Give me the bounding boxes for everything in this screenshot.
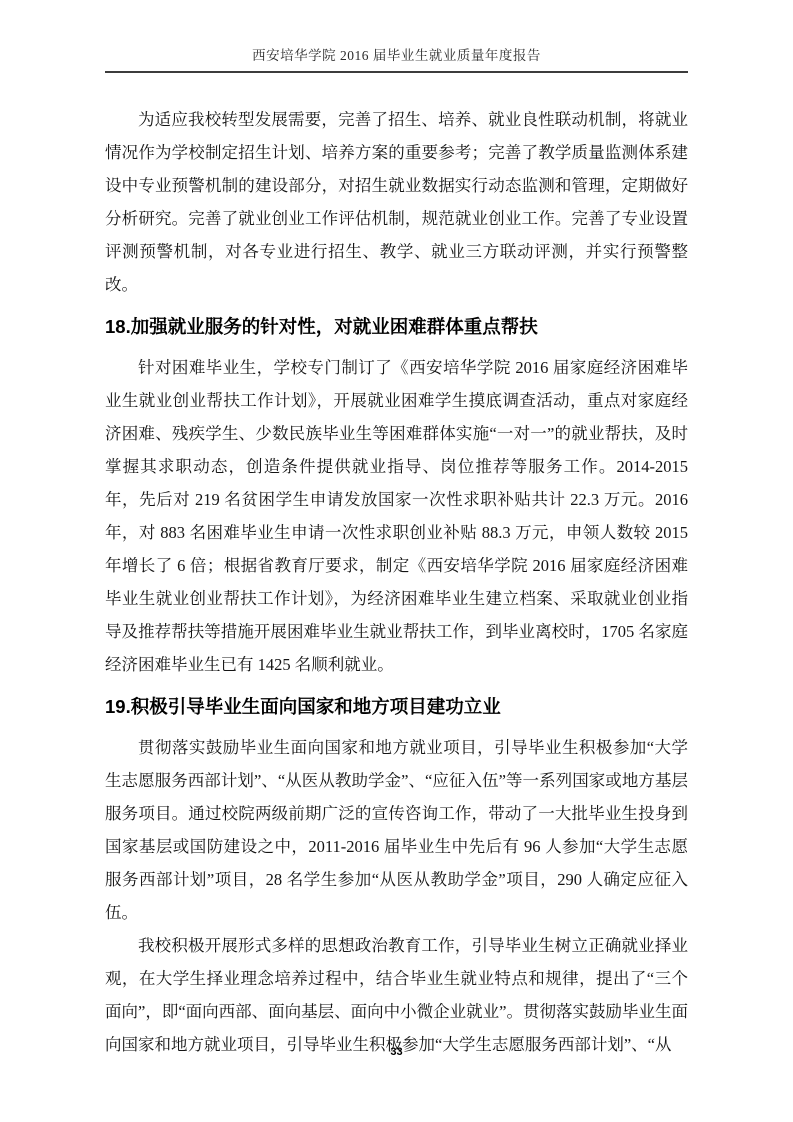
- section-heading-19: 19.积极引导毕业生面向国家和地方项目建功立业: [105, 693, 688, 721]
- page-number: 33: [390, 1046, 402, 1058]
- intro-paragraph: 为适应我校转型发展需要，完善了招生、培养、就业良性联动机制，将就业情况作为学校制…: [105, 103, 688, 301]
- section-heading-18: 18.加强就业服务的针对性，对就业困难群体重点帮扶: [105, 313, 688, 341]
- page-content: 为适应我校转型发展需要，完善了招生、培养、就业良性联动机制，将就业情况作为学校制…: [105, 103, 688, 1061]
- page-footer: 33: [0, 1042, 793, 1060]
- page-header: 西安培华学院 2016 届毕业生就业质量年度报告: [105, 44, 688, 73]
- document-page: 西安培华学院 2016 届毕业生就业质量年度报告 为适应我校转型发展需要，完善了…: [0, 0, 793, 1122]
- section-18-paragraph: 针对困难毕业生，学校专门制订了《西安培华学院 2016 届家庭经济困难毕业生就业…: [105, 351, 688, 681]
- page-header-title: 西安培华学院 2016 届毕业生就业质量年度报告: [105, 44, 688, 64]
- section-19-paragraph-1: 贯彻落实鼓励毕业生面向国家和地方就业项目，引导毕业生积极参加“大学生志愿服务西部…: [105, 731, 688, 929]
